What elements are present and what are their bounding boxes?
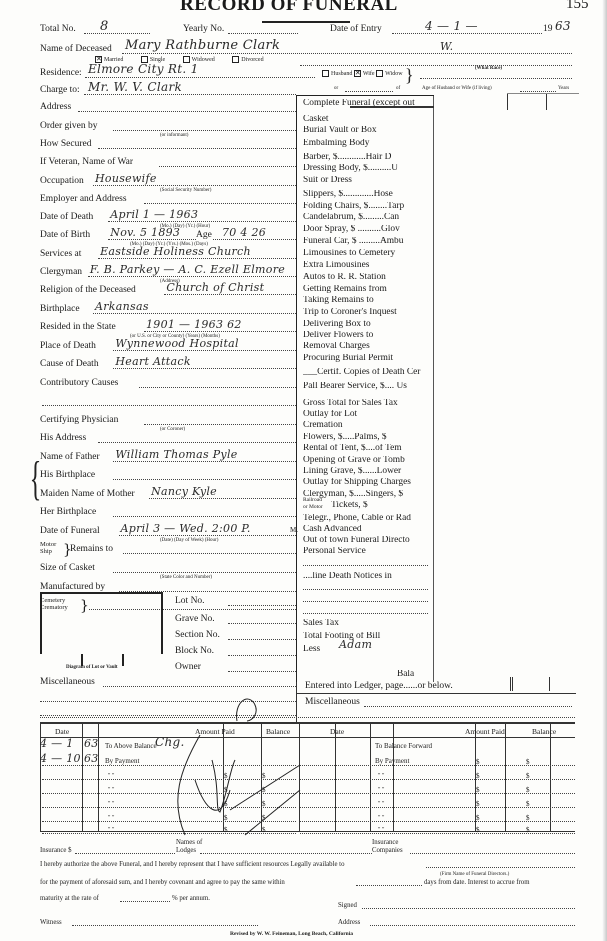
lodges-label-top: Names of (176, 840, 202, 847)
field-value[interactable]: Church of Christ (166, 282, 264, 293)
husband-checkbox[interactable] (322, 70, 329, 77)
payment-text-b: days from date. Interest to accrue from (424, 880, 530, 887)
spouse-brace: } (405, 66, 414, 84)
ledger-column-line (393, 724, 394, 831)
ledger-left-date[interactable]: 4 — 1 (40, 738, 74, 749)
left-misc-line-1 (103, 686, 296, 687)
page-edge-shadow (602, 0, 607, 941)
spouse-wife[interactable]: ✕Wife (354, 71, 375, 77)
ledger-column-line (370, 724, 371, 831)
right-misc-line-2 (40, 717, 575, 718)
lodges-line (200, 853, 372, 854)
rate-line (120, 901, 170, 902)
lot-field-line[interactable] (228, 639, 296, 640)
date-of-entry-line (392, 33, 542, 34)
spouse-age-unit: Years (558, 86, 569, 91)
spouse-age-line (520, 91, 556, 92)
date-of-entry-value[interactable]: 4 — 1 — (425, 20, 478, 32)
lot-field-line[interactable] (228, 623, 296, 624)
insurance-line (75, 853, 175, 854)
field-value[interactable]: April 1 — 1963 (110, 209, 198, 220)
ledger-right-header: Balance (532, 727, 556, 736)
field-value[interactable]: F. B. Parkey — A. C. Ezell Elmore (90, 264, 285, 275)
right-misc-label: Miscellaneous (305, 698, 360, 708)
lot-field-line[interactable] (228, 671, 296, 672)
ditto-mark: " " (378, 801, 384, 807)
residence-line (85, 77, 315, 78)
lot-diagram-box[interactable] (40, 592, 163, 654)
field-line (139, 387, 296, 388)
field-label: Resided in the State (40, 323, 116, 333)
field-line (93, 185, 296, 186)
firm-name-line (426, 867, 575, 868)
maturity-label: maturity at the rate of (40, 896, 99, 903)
field-label: Maiden Name of Mother (40, 490, 135, 500)
residence-label: Residence: (40, 69, 82, 79)
signed-label: Signed (338, 903, 357, 910)
currency-sign: $ (526, 786, 530, 794)
year-prefix: 19 (543, 25, 553, 35)
field-line (113, 516, 296, 517)
ditto-mark: " " (378, 773, 384, 779)
field-line (123, 553, 296, 554)
spouse-age-label: Age of Husband or Wife (if living) (422, 86, 492, 91)
field-label: Clergyman (40, 268, 82, 278)
field-value[interactable]: Wynnewood Hospital (115, 338, 238, 349)
field-value[interactable]: April 3 — Wed. 2:00 P. (121, 523, 251, 534)
spouse-husband[interactable]: Husband (322, 71, 352, 77)
lot-field-label: Section No. (175, 631, 220, 641)
currency-sign: $ (526, 758, 530, 766)
field-line (144, 203, 296, 204)
lot-field-label: Grave No. (175, 615, 215, 625)
field-label: His Address (40, 434, 86, 444)
ledger-top-rule (40, 722, 575, 724)
charge-to-label: Charge to: (40, 86, 80, 96)
right-misc-line-1 (364, 706, 572, 707)
ledger-right-row-line[interactable] (300, 779, 575, 780)
race-value[interactable]: W. (440, 41, 453, 52)
ledger-column-line (82, 724, 83, 831)
ledger-right-desc: To Balance Forward (375, 742, 432, 750)
authorize-text: I hereby authorize the above Funeral, an… (40, 862, 344, 869)
spouse-line (420, 78, 572, 79)
witness-line[interactable] (72, 925, 258, 926)
currency-sign: $ (476, 826, 480, 834)
field-caption: (Date) (Day of Week) (Hour) (160, 538, 218, 543)
field-label: Occupation (40, 177, 84, 187)
companies-label-top: Insurance (372, 840, 398, 847)
diagram-right-leg (122, 654, 124, 666)
race-caption: (What Race) (475, 66, 502, 71)
ledger-tick-c (549, 677, 550, 691)
field-label: Place of Death (40, 342, 96, 352)
firm-caption: (Firm Name of Funeral Directors.) (440, 872, 509, 877)
right-misc-leftline (296, 682, 297, 722)
total-no-label: Total No. (40, 25, 76, 35)
field-value[interactable]: Housewife (95, 173, 157, 184)
field-caption: (State Color and Number) (160, 575, 212, 580)
payment-text-a: for the payment of aforesaid sum, and I … (40, 880, 285, 887)
field-label: Birthplace (40, 305, 80, 315)
field-label: Employer and Address (40, 195, 127, 205)
field-label: If Veteran, Name of War (40, 158, 133, 168)
currency-sign: $ (526, 772, 530, 780)
field-value[interactable]: 1901 — 1963 62 (146, 319, 242, 330)
field-line (93, 313, 296, 314)
complete-funeral-underline (350, 106, 434, 108)
currency-sign: $ (526, 814, 530, 822)
witness-label: Witness (40, 920, 62, 927)
field-label: Religion of the Deceased (40, 286, 136, 296)
field-line (113, 368, 296, 369)
ledger-tick-a (510, 677, 511, 691)
ditto-mark: " " (108, 787, 114, 793)
field-label: Date of Birth (40, 231, 90, 241)
currency-sign: $ (526, 800, 530, 808)
ditto-mark: " " (378, 815, 384, 821)
insurance-label: Insurance $ (40, 848, 72, 855)
year-value[interactable]: 63 (555, 20, 571, 32)
field-label: Services at (40, 250, 81, 260)
field-caption: (or informant) (160, 133, 188, 138)
name-line (122, 53, 572, 54)
field-label: Her Birthplace (40, 508, 96, 518)
field-value[interactable]: Nancy Kyle (151, 486, 217, 497)
spouse-status-group: Husband ✕Wife Widow (322, 70, 403, 77)
ledger-rule (296, 693, 576, 694)
currency-sign: $ (476, 758, 480, 766)
field-line (98, 258, 296, 259)
ledger-right-header: Amount Paid (465, 727, 505, 736)
name-label: Name of Deceased (40, 45, 112, 55)
field-label: Date of Funeral (40, 527, 100, 537)
total-no-value[interactable]: 8 (100, 20, 109, 33)
ditto-mark: " " (108, 815, 114, 821)
ledger-right-row-line[interactable] (300, 793, 575, 794)
ditto-mark: " " (378, 787, 384, 793)
left-misc-label: Miscellaneous (40, 678, 95, 688)
ledger-tick-b (512, 677, 513, 691)
field-line (144, 331, 296, 332)
ledger-right-row-line[interactable] (300, 807, 575, 808)
diagram-caption: Diagram of Lot or Vault (66, 665, 118, 670)
widow-checkbox[interactable] (376, 70, 383, 77)
field-value[interactable]: Heart Attack (115, 356, 190, 367)
currency-sign: $ (476, 772, 480, 780)
field-label: Name of Father (40, 453, 100, 463)
total-no-line (84, 33, 150, 34)
field-line (113, 479, 296, 480)
field-label: Contributory Causes (40, 379, 118, 389)
spouse-or: or (334, 86, 338, 91)
name-value[interactable]: Mary Rathburne Clark (125, 39, 280, 52)
field-line (88, 276, 296, 277)
lot-field-label: Block No. (175, 647, 214, 657)
yearly-no-label: Yearly No. (183, 25, 224, 35)
field-label: Address (40, 103, 71, 113)
page-title: RECORD OF FUNERAL (180, 0, 398, 16)
lodges-label-bottom: Lodges (176, 848, 196, 855)
field-line (113, 130, 296, 131)
ledger-left-date[interactable]: 4 — 10 (40, 753, 81, 764)
ditto-mark: " " (108, 801, 114, 807)
field-line (164, 294, 296, 295)
title-underline (262, 21, 350, 23)
lot-field-label: Lot No. (175, 597, 205, 607)
field-label: Size of Casket (40, 564, 95, 574)
field-line (113, 572, 296, 573)
residence-value[interactable]: Elmore City Rt. 1 (88, 63, 199, 75)
marital-line (300, 65, 572, 66)
field-line (119, 535, 297, 536)
charge-to-value[interactable]: Mr. W. V. Clark (88, 81, 182, 93)
field-line (149, 498, 296, 499)
charges-right-edge (296, 96, 434, 682)
field-label: How Secured (40, 140, 91, 150)
yearly-no-line (228, 33, 298, 34)
signed-line[interactable] (362, 908, 575, 909)
field-line (144, 424, 296, 425)
ledger-left-year[interactable]: 63 (84, 738, 99, 749)
field-value[interactable]: Arkansas (95, 301, 149, 312)
field-label: Order given by (40, 122, 98, 132)
field-prefix-bottom: Ship (40, 549, 52, 556)
ledger-column-line (505, 724, 506, 831)
currency-sign: $ (476, 814, 480, 822)
parents-brace: { (30, 455, 42, 503)
ledger-right-desc: By Payment (375, 757, 409, 765)
divorced-checkbox[interactable] (232, 56, 239, 63)
field-line (159, 166, 296, 167)
currency-sign: $ (476, 800, 480, 808)
amount-col-tick-2 (546, 93, 547, 110)
field-line (78, 111, 296, 112)
field-label: Cause of Death (40, 360, 99, 370)
currency-sign: $ (526, 826, 530, 834)
ledger-left-header: Date (55, 727, 69, 736)
spouse-of: of (396, 86, 400, 91)
ledger-left-year[interactable]: 63 (84, 753, 99, 764)
charge-to-line (84, 94, 296, 95)
amount-col-top (507, 93, 579, 94)
address-label: Address (338, 920, 360, 927)
ledger-right-row-line[interactable] (300, 833, 575, 834)
ledger-left-desc: By Payment (105, 757, 139, 765)
days-line (356, 885, 422, 886)
lot-field-line[interactable] (228, 605, 296, 606)
age-value[interactable]: 70 4 26 (222, 227, 266, 238)
address-line[interactable] (370, 925, 575, 926)
spouse-widow[interactable]: Widow (376, 71, 402, 77)
field-label: Date of Death (40, 213, 93, 223)
age-label: Age (196, 231, 212, 241)
lot-field-line[interactable] (228, 655, 296, 656)
amount-col-tick-1 (507, 93, 508, 110)
marital-divorced[interactable]: Divorced (232, 57, 263, 63)
currency-sign: $ (476, 786, 480, 794)
ditto-mark: " " (108, 773, 114, 779)
revised-by: Revised by W. W. Feineman, Long Beach, C… (230, 932, 353, 938)
field-value[interactable]: William Thomas Pyle (115, 449, 237, 460)
ledger-left-desc: To Above Balance (105, 742, 157, 750)
field-line (98, 148, 296, 149)
wife-checkbox[interactable]: ✕ (354, 70, 361, 77)
page-number: 155 (566, 0, 589, 13)
companies-line (410, 853, 575, 854)
field-line (108, 221, 296, 222)
field-value[interactable]: Eastside Holiness Church (100, 246, 251, 257)
maturity-suffix: % per annum. (172, 896, 210, 903)
field-line (98, 442, 296, 443)
ditto-mark: " " (378, 827, 384, 833)
handwritten-loop (232, 693, 262, 723)
field-line (113, 350, 296, 351)
spouse-or-line (345, 91, 393, 92)
companies-label-bottom: Companies (372, 848, 403, 855)
field-label: Remains to (70, 545, 113, 555)
field-line (42, 405, 296, 406)
date-of-entry-label: Date of Entry (330, 25, 382, 35)
ledger-column-line (550, 724, 551, 831)
ledger-right-header: Date (330, 727, 344, 736)
entered-ledger-label: Entered into Ledger, page......or below. (305, 682, 453, 692)
field-label: His Birthplace (40, 471, 95, 481)
ledger-right-row-line[interactable] (300, 821, 575, 822)
field-value[interactable]: Nov. 5 1893 (110, 227, 180, 238)
field-caption: (Social Security Number) (160, 188, 211, 193)
ledger-column-line (335, 724, 336, 831)
field-caption: (or Coroner) (160, 427, 185, 432)
lot-field-label: Owner (175, 663, 201, 673)
field-line (113, 461, 296, 462)
ditto-mark: " " (108, 827, 114, 833)
handwritten-signature-scrawl (160, 730, 310, 840)
field-label: Certifying Physician (40, 416, 118, 426)
ledger-right-row-line[interactable] (300, 765, 575, 766)
